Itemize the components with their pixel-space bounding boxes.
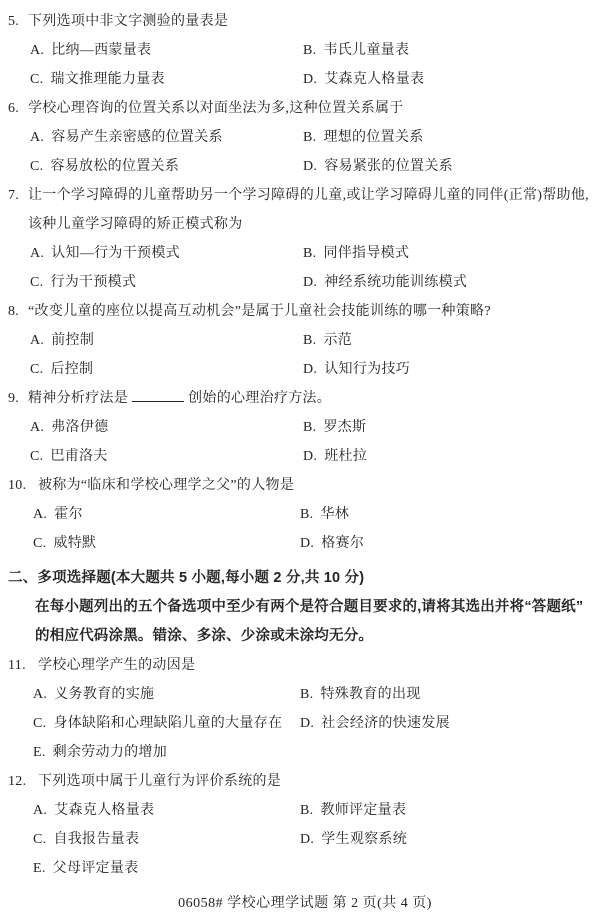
option-label: B. bbox=[300, 507, 313, 522]
option-label: D. bbox=[300, 716, 314, 731]
option-label: E. bbox=[33, 745, 46, 760]
option-text: 威特默 bbox=[53, 536, 96, 551]
option-label: D. bbox=[303, 159, 317, 174]
option-label: A. bbox=[30, 43, 44, 58]
options-row: A.认知—行为干预模式 B.同伴指导模式 bbox=[8, 239, 602, 268]
question-stem: 11. 学校心理学产生的动因是 bbox=[8, 651, 602, 680]
option-text: 义务教育的实施 bbox=[54, 687, 154, 702]
option-b: B.华林 bbox=[300, 500, 602, 529]
question-10: 10. 被称为“临床和学校心理学之父”的人物是 A.霍尔 B.华林 C.威特默 … bbox=[8, 471, 602, 558]
option-label: C. bbox=[33, 716, 46, 731]
option-text: 比纳—西蒙量表 bbox=[51, 43, 151, 58]
option-text: 教师评定量表 bbox=[320, 803, 406, 818]
option-text: 特殊教育的出现 bbox=[320, 687, 420, 702]
option-d: D.神经系统功能训练模式 bbox=[303, 268, 602, 297]
options-row: A.比纳—西蒙量表 B.韦氏儿童量表 bbox=[8, 36, 602, 65]
question-9: 9. 精神分析疗法是创始的心理治疗方法。 A.弗洛伊德 B.罗杰斯 C.巴甫洛夫… bbox=[8, 384, 602, 471]
option-text: 容易放松的位置关系 bbox=[50, 159, 179, 174]
question-text: “改变儿童的座位以提高互动机会”是属于儿童社会技能训练的哪一种策略? bbox=[28, 297, 602, 326]
options-row: A.艾森克人格量表 B.教师评定量表 bbox=[8, 796, 602, 825]
question-number: 6. bbox=[8, 94, 28, 123]
option-text: 社会经济的快速发展 bbox=[321, 716, 450, 731]
section-heading: 二、多项选择题(本大题共 5 小题,每小题 2 分,共 10 分) bbox=[8, 564, 602, 593]
option-c: C.威特默 bbox=[33, 529, 300, 558]
option-label: E. bbox=[33, 861, 46, 876]
option-text: 自我报告量表 bbox=[53, 832, 139, 847]
question-number: 12. bbox=[8, 767, 38, 796]
option-text: 认知行为技巧 bbox=[324, 362, 410, 377]
question-5: 5. 下列选项中非文字测验的量表是 A.比纳—西蒙量表 B.韦氏儿童量表 C.瑞… bbox=[8, 7, 602, 94]
option-c: C.容易放松的位置关系 bbox=[30, 152, 303, 181]
option-c: C.瑞文推理能力量表 bbox=[30, 65, 303, 94]
question-number: 5. bbox=[8, 7, 28, 36]
question-text: 让一个学习障碍的儿童帮助另一个学习障碍的儿童,或让学习障碍儿童的同伴(正常)帮助… bbox=[28, 181, 602, 239]
option-text: 艾森克人格量表 bbox=[54, 803, 154, 818]
option-a: A.认知—行为干预模式 bbox=[30, 239, 303, 268]
option-label: B. bbox=[300, 687, 313, 702]
option-b: B.特殊教育的出现 bbox=[300, 680, 602, 709]
options-row: A.前控制 B.示范 bbox=[8, 326, 602, 355]
option-label: D. bbox=[303, 449, 317, 464]
option-label: C. bbox=[30, 275, 43, 290]
option-text: 华林 bbox=[320, 507, 349, 522]
option-text: 示范 bbox=[323, 333, 352, 348]
option-text: 班杜拉 bbox=[324, 449, 367, 464]
question-text: 下列选项中属于儿童行为评价系统的是 bbox=[38, 767, 602, 796]
option-d: D.社会经济的快速发展 bbox=[300, 709, 602, 738]
option-label: C. bbox=[30, 159, 43, 174]
option-label: B. bbox=[303, 130, 316, 145]
question-text: 学校心理咨询的位置关系以对面坐法为多,这种位置关系属于 bbox=[28, 94, 602, 123]
option-label: C. bbox=[33, 536, 46, 551]
option-d: D.学生观察系统 bbox=[300, 825, 602, 854]
option-text: 学生观察系统 bbox=[321, 832, 407, 847]
option-d: D.容易紧张的位置关系 bbox=[303, 152, 602, 181]
option-b: B.罗杰斯 bbox=[303, 413, 602, 442]
question-11: 11. 学校心理学产生的动因是 A.义务教育的实施 B.特殊教育的出现 C.身体… bbox=[8, 651, 602, 767]
option-d: D.格赛尔 bbox=[300, 529, 602, 558]
option-text: 后控制 bbox=[50, 362, 93, 377]
option-label: D. bbox=[303, 72, 317, 87]
options-row: C.巴甫洛夫 D.班杜拉 bbox=[8, 442, 602, 471]
exam-page: 5. 下列选项中非文字测验的量表是 A.比纳—西蒙量表 B.韦氏儿童量表 C.瑞… bbox=[0, 0, 610, 922]
question-number: 9. bbox=[8, 384, 28, 413]
option-label: D. bbox=[303, 362, 317, 377]
question-stem: 5. 下列选项中非文字测验的量表是 bbox=[8, 7, 602, 36]
option-label: B. bbox=[303, 43, 316, 58]
stem-text-after-blank: 创始的心理治疗方法。 bbox=[188, 391, 331, 406]
option-text: 罗杰斯 bbox=[323, 420, 366, 435]
option-text: 容易产生亲密感的位置关系 bbox=[51, 130, 223, 145]
option-label: B. bbox=[300, 803, 313, 818]
option-a: A.弗洛伊德 bbox=[30, 413, 303, 442]
question-8: 8. “改变儿童的座位以提高互动机会”是属于儿童社会技能训练的哪一种策略? A.… bbox=[8, 297, 602, 384]
question-stem: 8. “改变儿童的座位以提高互动机会”是属于儿童社会技能训练的哪一种策略? bbox=[8, 297, 602, 326]
option-e: E.父母评定量表 bbox=[33, 854, 300, 883]
option-text: 韦氏儿童量表 bbox=[323, 43, 409, 58]
option-text: 瑞文推理能力量表 bbox=[50, 72, 164, 87]
option-label: C. bbox=[33, 832, 46, 847]
option-label: B. bbox=[303, 333, 316, 348]
option-label: B. bbox=[303, 420, 316, 435]
option-text: 同伴指导模式 bbox=[323, 246, 409, 261]
question-stem: 7. 让一个学习障碍的儿童帮助另一个学习障碍的儿童,或让学习障碍儿童的同伴(正常… bbox=[8, 181, 602, 239]
question-number: 8. bbox=[8, 297, 28, 326]
option-label: C. bbox=[30, 449, 43, 464]
option-b: B.教师评定量表 bbox=[300, 796, 602, 825]
question-stem: 10. 被称为“临床和学校心理学之父”的人物是 bbox=[8, 471, 602, 500]
options-row: E.剩余劳动力的增加 bbox=[8, 738, 602, 767]
option-label: A. bbox=[30, 246, 44, 261]
option-text: 格赛尔 bbox=[321, 536, 364, 551]
option-text: 神经系统功能训练模式 bbox=[324, 275, 467, 290]
options-row: C.威特默 D.格赛尔 bbox=[8, 529, 602, 558]
option-d: D.艾森克人格量表 bbox=[303, 65, 602, 94]
answer-blank bbox=[132, 389, 184, 402]
option-c: C.行为干预模式 bbox=[30, 268, 303, 297]
option-a: A.艾森克人格量表 bbox=[33, 796, 300, 825]
option-b: B.同伴指导模式 bbox=[303, 239, 602, 268]
options-row: C.自我报告量表 D.学生观察系统 bbox=[8, 825, 602, 854]
question-number: 10. bbox=[8, 471, 38, 500]
options-row: C.身体缺陷和心理缺陷儿童的大量存在 D.社会经济的快速发展 bbox=[8, 709, 602, 738]
options-row: A.霍尔 B.华林 bbox=[8, 500, 602, 529]
instruction-line: 在每小题列出的五个备选项中至少有两个是符合题目要求的,请将其选出并将“答题纸” bbox=[35, 593, 602, 622]
option-c: C.巴甫洛夫 bbox=[30, 442, 303, 471]
option-c: C.后控制 bbox=[30, 355, 303, 384]
option-a: A.前控制 bbox=[30, 326, 303, 355]
option-label: B. bbox=[303, 246, 316, 261]
option-a: A.容易产生亲密感的位置关系 bbox=[30, 123, 303, 152]
option-b: B.韦氏儿童量表 bbox=[303, 36, 602, 65]
question-stem: 9. 精神分析疗法是创始的心理治疗方法。 bbox=[8, 384, 602, 413]
option-label: C. bbox=[30, 72, 43, 87]
option-e: E.剩余劳动力的增加 bbox=[33, 738, 300, 767]
options-row: A.义务教育的实施 B.特殊教育的出现 bbox=[8, 680, 602, 709]
option-label: A. bbox=[30, 130, 44, 145]
option-text: 剩余劳动力的增加 bbox=[53, 745, 167, 760]
option-label: A. bbox=[33, 687, 47, 702]
page-footer: 06058# 学校心理学试题 第 2 页(共 4 页) bbox=[0, 892, 610, 912]
options-row: C.后控制 D.认知行为技巧 bbox=[8, 355, 602, 384]
option-text: 理想的位置关系 bbox=[323, 130, 423, 145]
option-label: A. bbox=[33, 507, 47, 522]
section-instructions: 在每小题列出的五个备选项中至少有两个是符合题目要求的,请将其选出并将“答题纸” … bbox=[8, 593, 602, 651]
question-number: 7. bbox=[8, 181, 28, 239]
stem-text-before-blank: 精神分析疗法是 bbox=[28, 391, 128, 406]
question-number: 11. bbox=[8, 651, 38, 680]
options-row: A.弗洛伊德 B.罗杰斯 bbox=[8, 413, 602, 442]
question-text: 被称为“临床和学校心理学之父”的人物是 bbox=[38, 471, 602, 500]
option-label: D. bbox=[300, 536, 314, 551]
option-d: D.班杜拉 bbox=[303, 442, 602, 471]
instruction-line: 的相应代码涂黑。错涂、多涂、少涂或未涂均无分。 bbox=[35, 622, 602, 651]
option-c: C.身体缺陷和心理缺陷儿童的大量存在 bbox=[33, 709, 300, 738]
option-text: 身体缺陷和心理缺陷儿童的大量存在 bbox=[53, 716, 282, 731]
options-row: C.容易放松的位置关系 D.容易紧张的位置关系 bbox=[8, 152, 602, 181]
option-text: 霍尔 bbox=[54, 507, 83, 522]
options-row: C.行为干预模式 D.神经系统功能训练模式 bbox=[8, 268, 602, 297]
options-row: E.父母评定量表 bbox=[8, 854, 602, 883]
option-text: 艾森克人格量表 bbox=[324, 72, 424, 87]
option-a: A.霍尔 bbox=[33, 500, 300, 529]
question-text: 学校心理学产生的动因是 bbox=[38, 651, 602, 680]
options-row: A.容易产生亲密感的位置关系 B.理想的位置关系 bbox=[8, 123, 602, 152]
option-a: A.义务教育的实施 bbox=[33, 680, 300, 709]
option-a: A.比纳—西蒙量表 bbox=[30, 36, 303, 65]
question-stem: 12. 下列选项中属于儿童行为评价系统的是 bbox=[8, 767, 602, 796]
option-label: D. bbox=[300, 832, 314, 847]
question-6: 6. 学校心理咨询的位置关系以对面坐法为多,这种位置关系属于 A.容易产生亲密感… bbox=[8, 94, 602, 181]
option-d: D.认知行为技巧 bbox=[303, 355, 602, 384]
option-text: 弗洛伊德 bbox=[51, 420, 108, 435]
option-b: B.理想的位置关系 bbox=[303, 123, 602, 152]
option-label: A. bbox=[33, 803, 47, 818]
option-c: C.自我报告量表 bbox=[33, 825, 300, 854]
option-text: 前控制 bbox=[51, 333, 94, 348]
option-text: 容易紧张的位置关系 bbox=[324, 159, 453, 174]
option-text: 巴甫洛夫 bbox=[50, 449, 107, 464]
question-text: 精神分析疗法是创始的心理治疗方法。 bbox=[28, 384, 602, 413]
option-label: A. bbox=[30, 333, 44, 348]
question-text: 下列选项中非文字测验的量表是 bbox=[28, 7, 602, 36]
question-12: 12. 下列选项中属于儿童行为评价系统的是 A.艾森克人格量表 B.教师评定量表… bbox=[8, 767, 602, 883]
question-stem: 6. 学校心理咨询的位置关系以对面坐法为多,这种位置关系属于 bbox=[8, 94, 602, 123]
options-row: C.瑞文推理能力量表 D.艾森克人格量表 bbox=[8, 65, 602, 94]
option-text: 父母评定量表 bbox=[53, 861, 139, 876]
option-label: A. bbox=[30, 420, 44, 435]
option-text: 认知—行为干预模式 bbox=[51, 246, 180, 261]
option-label: C. bbox=[30, 362, 43, 377]
question-7: 7. 让一个学习障碍的儿童帮助另一个学习障碍的儿童,或让学习障碍儿童的同伴(正常… bbox=[8, 181, 602, 297]
option-b: B.示范 bbox=[303, 326, 602, 355]
option-label: D. bbox=[303, 275, 317, 290]
option-text: 行为干预模式 bbox=[50, 275, 136, 290]
